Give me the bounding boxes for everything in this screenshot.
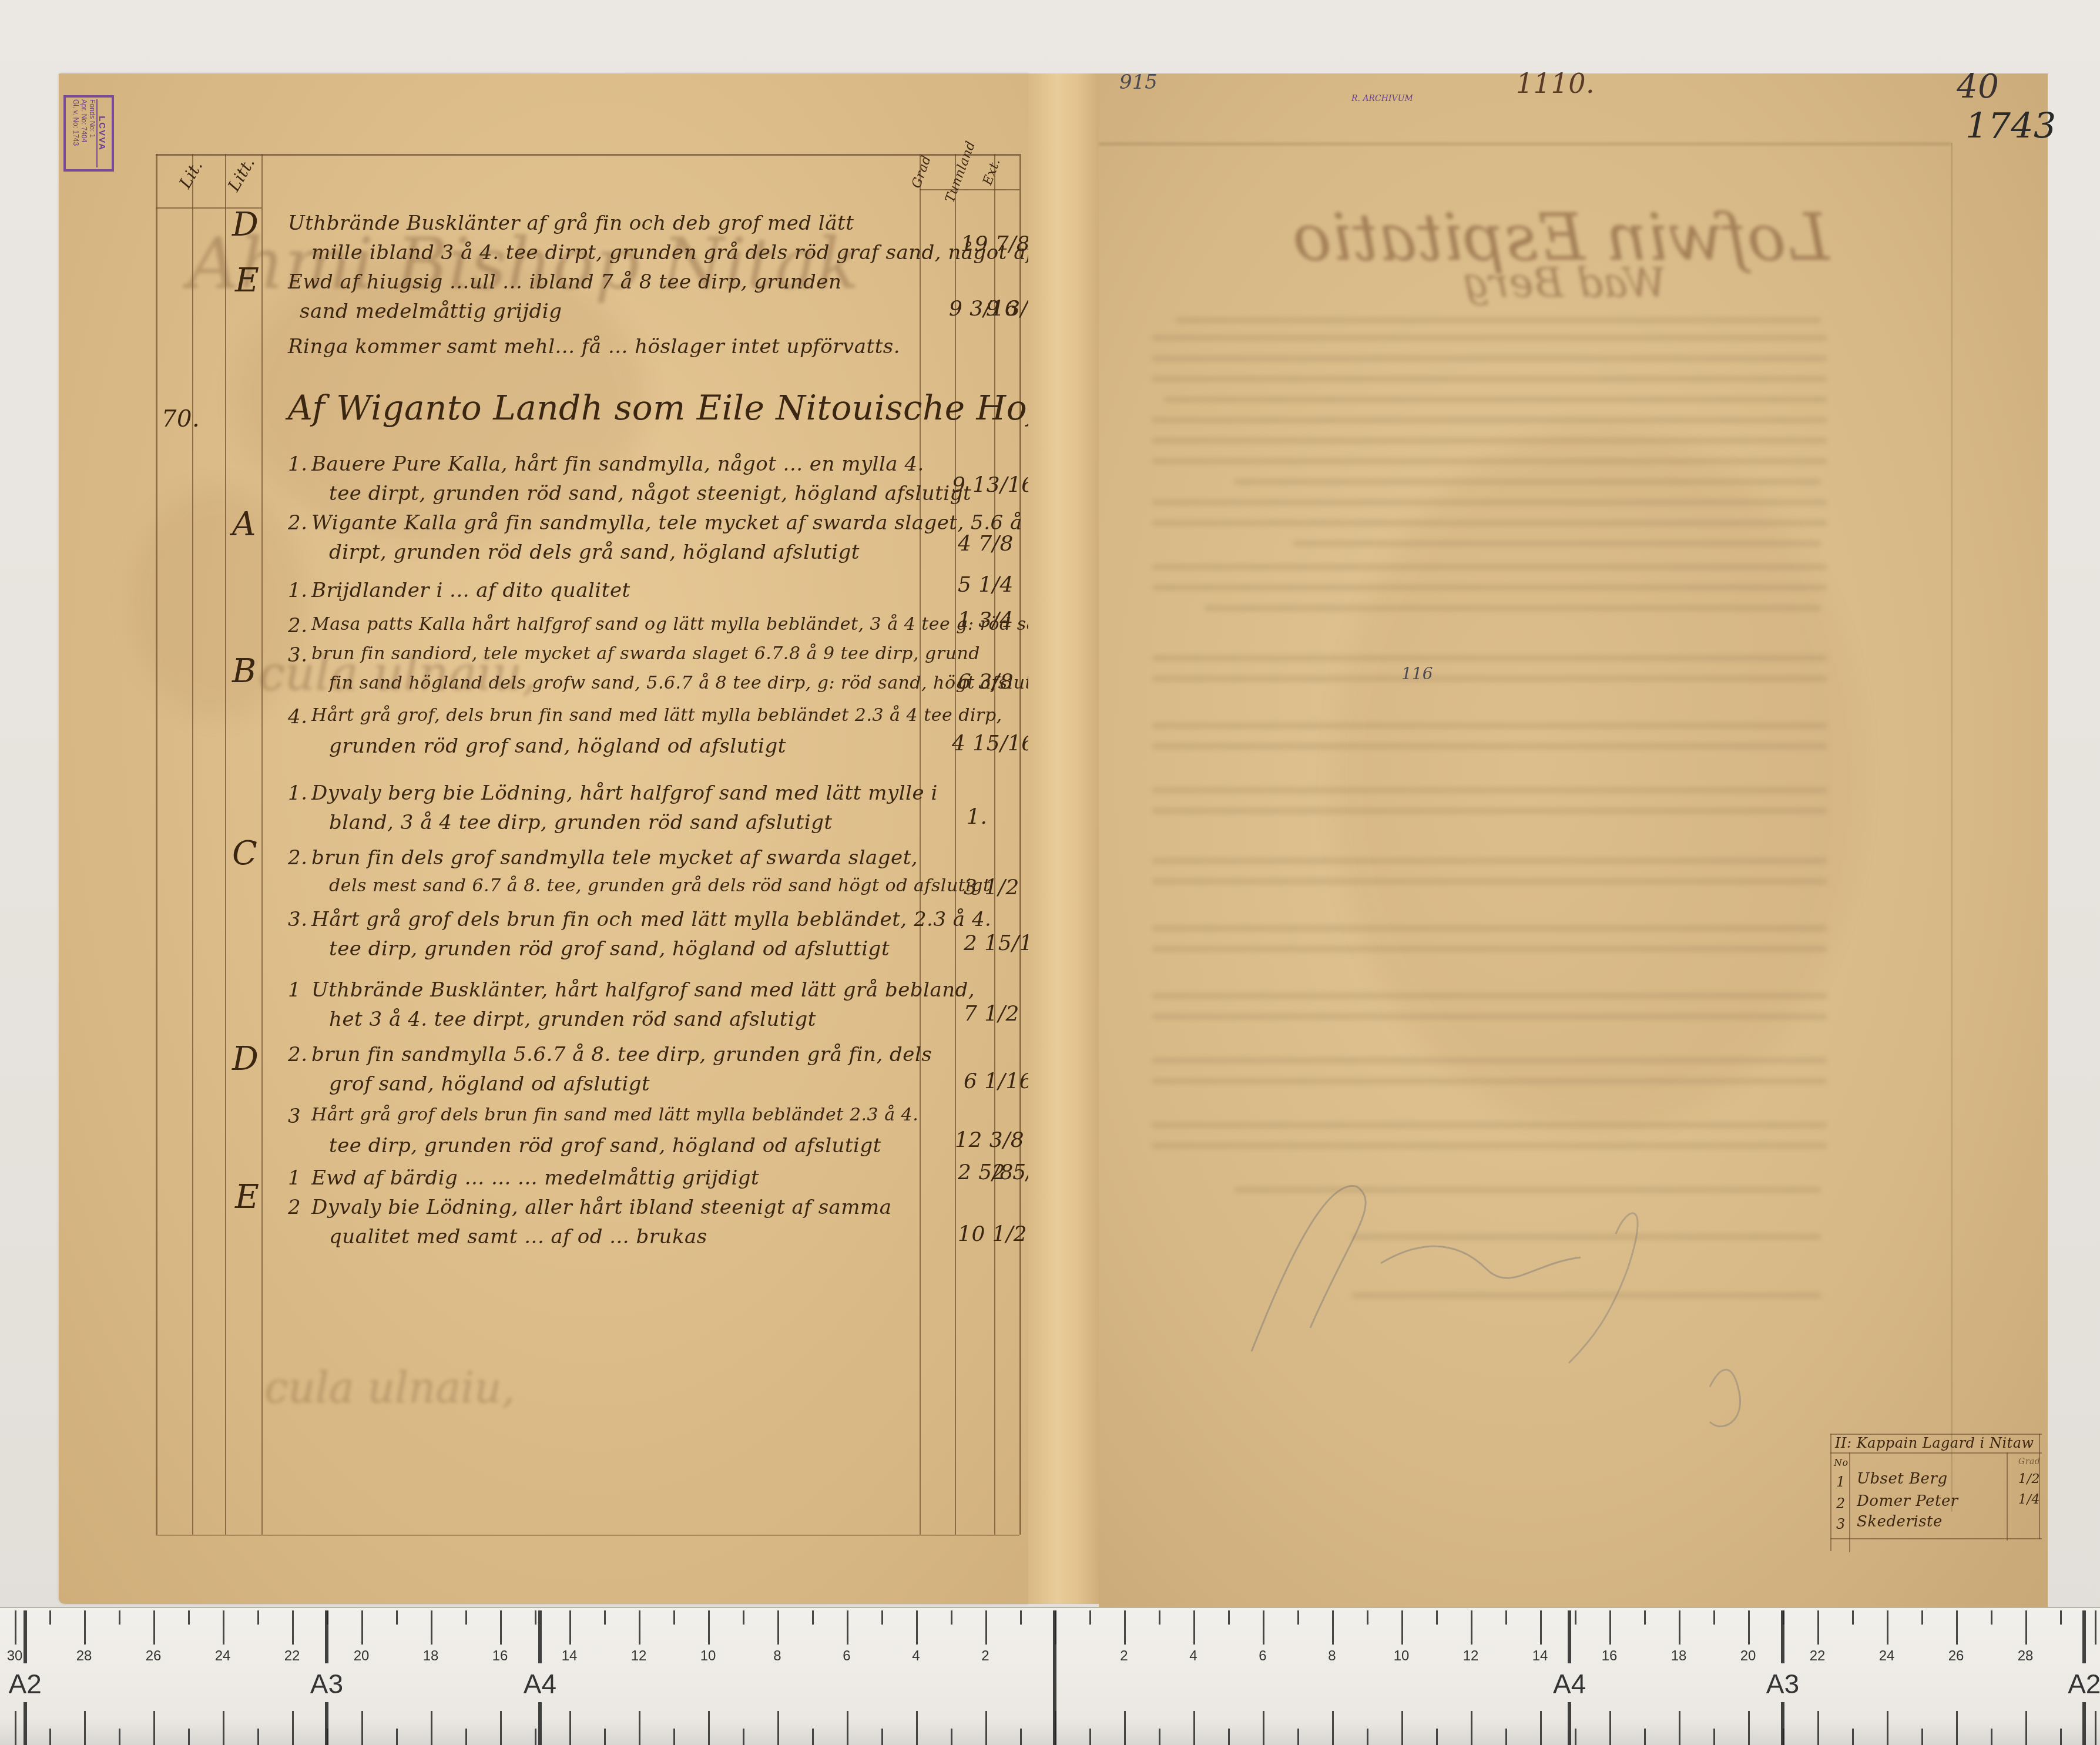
bleed-line <box>1152 1058 1827 1063</box>
row-number: 1. <box>288 452 307 476</box>
ruler-size-label: A3 <box>310 1668 343 1700</box>
entry-line: Uthbrände Busklänter af grå fin och deb … <box>288 212 854 235</box>
column-divider-tunnland <box>955 154 956 1535</box>
pencil-signature <box>1205 1116 1910 1469</box>
tunnland-value: 7 1/2 <box>964 1002 1019 1026</box>
mini-table-title: II: Kappain Lagard i Nitaw <box>1835 1435 2034 1451</box>
row-line: Uthbrände Busklänter, hårt halfgrof sand… <box>311 978 975 1002</box>
ruler-label: 6 <box>843 1648 850 1665</box>
bleed-line <box>1152 585 1827 590</box>
ruler-tick <box>1575 1610 1576 1625</box>
ruler-tick <box>569 1610 571 1645</box>
ruler-tick <box>119 1729 120 1745</box>
ruler-label: 16 <box>492 1648 508 1665</box>
ruler-label: 4 <box>1189 1648 1197 1665</box>
bleed-line <box>1152 787 1827 793</box>
bleed-line <box>1152 564 1827 570</box>
ruler-tick <box>1817 1711 1819 1745</box>
ruler-tick <box>916 1711 918 1745</box>
row-line: fin sand högland dels grofw sand, 5.6.7 … <box>329 673 1065 693</box>
mini-table-bottom <box>1830 1538 2042 1539</box>
bleed-line <box>1175 317 1821 323</box>
ruler-tick <box>2060 1610 2062 1625</box>
ruler-tick <box>1713 1729 1715 1745</box>
ruler-tick <box>881 1610 883 1625</box>
table-left-border <box>156 154 157 1535</box>
ruler-tick <box>153 1711 155 1745</box>
ruler-tick <box>985 1610 987 1645</box>
ruler-size-line <box>24 1702 27 1745</box>
ruler-tick <box>604 1610 606 1625</box>
tunnland-value: 1. <box>967 805 987 829</box>
ruler-tick <box>1228 1729 1230 1745</box>
ruler-tick <box>1644 1729 1646 1745</box>
mini-row-name: Skederiste <box>1857 1513 1943 1531</box>
ruler-tick <box>2060 1729 2062 1745</box>
bleed-line <box>1152 458 1827 464</box>
ruler-tick <box>1471 1711 1472 1745</box>
row-number: 2. <box>288 614 307 637</box>
row-line: tee dirpt, grunden röd sand, något steen… <box>329 482 971 505</box>
ruler-tick <box>1956 1711 1958 1745</box>
bleed-line <box>1152 676 1827 682</box>
stamp-apr-label: Apr. No: <box>80 99 88 125</box>
ruler-tick <box>1332 1711 1334 1745</box>
ruler-size-line <box>1781 1610 1784 1663</box>
ruler-tick <box>1887 1711 1888 1745</box>
ruler-label: 8 <box>1328 1648 1336 1665</box>
bleed-line <box>1152 376 1827 382</box>
row-line: Ewd af bärdig ... ... ... medelmåttig gr… <box>311 1166 759 1190</box>
group-letter-d: D <box>232 1040 259 1078</box>
ruler-tick <box>1471 1610 1472 1645</box>
ruler-tick <box>396 1729 398 1745</box>
ruler-label: 28 <box>2018 1648 2034 1665</box>
stamp-fonds-value: 1 <box>88 134 96 138</box>
paper-stain <box>1334 426 1863 1131</box>
column-divider-text <box>261 154 263 1535</box>
mini-table-divider-right <box>2007 1452 2008 1541</box>
bleed-line <box>1152 520 1827 526</box>
ruler-tick <box>1263 1711 1264 1745</box>
row-number: 1. <box>288 579 307 602</box>
ruler-tick <box>1297 1729 1299 1745</box>
ruler-tick <box>223 1610 224 1645</box>
bleed-line <box>1152 878 1827 884</box>
bleed-footer: cula ulnaiu, <box>264 1363 515 1412</box>
mini-table-header-line <box>1830 1452 2042 1454</box>
ruler-tick <box>49 1729 51 1745</box>
mini-table: II: Kappain Lagard i Nitaw No Grad 1 Ubs… <box>1830 1434 2042 1551</box>
ruler-tick <box>15 1610 16 1645</box>
ruler-label: 28 <box>76 1648 92 1665</box>
ruler-label: 30 <box>7 1648 23 1665</box>
row-line: brun fin dels grof sandmylla tele mycket… <box>311 846 918 870</box>
ruler-label: 22 <box>284 1648 300 1665</box>
ruler-label: 20 <box>1740 1648 1756 1665</box>
group-letter-a: A <box>232 505 256 543</box>
row-number: 2. <box>288 846 307 870</box>
header-row-border-right <box>920 189 1019 190</box>
ruler-size-line <box>538 1702 542 1745</box>
ruler-label: 6 <box>1259 1648 1266 1665</box>
row-line: Hårt grå grof, dels brun fin sand med lä… <box>311 705 1002 726</box>
stamp-fonds-label: Fonds No: <box>88 99 96 132</box>
ruler-tick <box>535 1729 536 1745</box>
ruler-label: 2 <box>1120 1648 1128 1665</box>
margin-note-116: 116 <box>1401 664 1433 683</box>
ruler-tick <box>431 1610 432 1645</box>
ruler-tick <box>1124 1610 1126 1645</box>
row-number: 2 <box>288 1196 301 1219</box>
ruler-tick <box>1956 1610 1958 1645</box>
ruler-tick <box>1193 1610 1195 1645</box>
tunnland-value: 19 7/8 <box>961 232 1030 256</box>
ruler-label: 14 <box>562 1648 578 1665</box>
column-divider-lit <box>192 154 193 1535</box>
page-number-40: 40 <box>1957 68 1999 106</box>
bleed-line <box>1152 925 1827 931</box>
column-divider-litt <box>225 154 226 1535</box>
ruler-label: 12 <box>631 1648 647 1665</box>
ruler-tick <box>708 1610 710 1645</box>
ruler-tick <box>1228 1610 1230 1625</box>
row-line: dels mest sand 6.7 å 8. tee, grunden grå… <box>329 875 991 896</box>
ruler-size-line <box>325 1702 328 1745</box>
ruler-tick <box>743 1610 744 1625</box>
ruler-tick <box>500 1610 502 1645</box>
ruler-label: 10 <box>700 1648 716 1665</box>
ruler-tick <box>2095 1711 2096 1745</box>
ruler-tick <box>1921 1610 1923 1625</box>
ruler-tick <box>292 1610 294 1645</box>
ruler-label: 24 <box>1879 1648 1895 1665</box>
table-right-border <box>1019 154 1021 1535</box>
ruler-tick <box>188 1729 190 1745</box>
binding-strip <box>1028 73 1099 1604</box>
stamp-fonds: Fonds No: 1 <box>88 99 96 167</box>
ruler-tick <box>1679 1711 1680 1745</box>
ruler-label: 18 <box>1671 1648 1687 1665</box>
table-bottom-border <box>156 1535 1019 1536</box>
bleed-line <box>1152 499 1827 505</box>
ruler-tick <box>569 1711 571 1745</box>
stamp-gl-label: Gl. v. No: <box>72 99 80 128</box>
mini-table-divider <box>1849 1452 1850 1552</box>
ruler-tick <box>1089 1610 1091 1625</box>
bleed-line <box>1293 541 1821 546</box>
ruler-tick <box>431 1711 432 1745</box>
row-line: grof sand, högland od afslutigt <box>329 1072 650 1096</box>
ruler-center-line <box>1053 1610 1056 1745</box>
ruler-tick <box>1540 1610 1542 1645</box>
ruler-size-label: A3 <box>1766 1668 1799 1700</box>
right-page-right-rule <box>1951 143 1953 1512</box>
ruler-tick <box>639 1610 640 1645</box>
ruler-tick <box>1332 1610 1334 1645</box>
ruler-tick <box>153 1610 155 1645</box>
group-letter-b: B <box>232 652 257 690</box>
ruler-label: 16 <box>1602 1648 1618 1665</box>
ruler-tick <box>361 1610 363 1645</box>
ruler-size-line <box>24 1610 27 1663</box>
bleed-line <box>1152 946 1827 952</box>
ruler-tick <box>1297 1610 1299 1625</box>
bleed-line <box>1152 438 1827 444</box>
row-line: tee dirp, grunden röd grof sand, högland… <box>329 937 890 961</box>
ruler-tick <box>188 1610 190 1625</box>
ruler-tick <box>847 1711 848 1745</box>
bleed-line <box>1152 417 1827 423</box>
bleed-line <box>1152 335 1827 341</box>
mini-row-name: Ubset Berg <box>1857 1470 1948 1488</box>
row-line: brun fin sandmylla 5.6.7 å 8. tee dirp, … <box>311 1043 932 1066</box>
ruler-label: 20 <box>354 1648 370 1665</box>
ruler-label: 26 <box>1948 1648 1964 1665</box>
ruler-tick <box>673 1729 675 1745</box>
ruler-tick <box>812 1729 814 1745</box>
entry-line: sand medelmåttig grijdig <box>300 300 562 323</box>
ruler-tick <box>777 1610 779 1645</box>
ruler-tick <box>1679 1610 1680 1645</box>
row-number: 2. <box>288 1043 307 1066</box>
ruler-tick <box>1921 1729 1923 1745</box>
ruler-tick <box>1991 1729 1992 1745</box>
ruler-size-label: A4 <box>1553 1668 1586 1700</box>
ruler-tick <box>1401 1711 1403 1745</box>
bleed-subtitle: Wad Berg <box>1463 259 1666 307</box>
year-1743: 1743 <box>1965 106 2057 147</box>
tunnland-value: 9 13/16 <box>952 473 1035 497</box>
tunnland-value: 1 3/4 <box>958 608 1014 632</box>
tunnland-value: 6 1/16 <box>964 1069 1033 1093</box>
ruler-tick <box>257 1729 259 1745</box>
ruler-tick <box>1020 1729 1022 1745</box>
bleed-line <box>1152 743 1827 749</box>
row-line: dirpt, grunden röd dels grå sand, höglan… <box>329 541 860 564</box>
ruler-tick <box>1609 1711 1611 1745</box>
ruler-tick <box>465 1610 467 1625</box>
ruler-tick <box>1436 1610 1438 1625</box>
ruler-tick <box>1817 1610 1819 1645</box>
tunnland-value: 10 1/2 <box>958 1222 1027 1246</box>
ruler-label: 8 <box>773 1648 781 1665</box>
bleed-line <box>1152 1014 1827 1019</box>
column-divider-grad <box>920 154 921 1535</box>
row-line: brun fin sandiord, tele mycket af swarda… <box>311 643 980 664</box>
ruler-tick <box>257 1610 259 1625</box>
ruler-tick <box>49 1610 51 1625</box>
ruler-tick <box>1367 1729 1368 1745</box>
entry-letter: E <box>235 261 259 300</box>
row-line: bland, 3 å 4 tee dirp, grunden röd sand … <box>329 811 833 834</box>
bleed-line <box>1152 655 1827 661</box>
column-divider-ext <box>994 154 995 1535</box>
archive-small-stamp: R. ARCHIVUM <box>1351 94 1413 103</box>
ruler-tick <box>2095 1610 2096 1645</box>
row-number: 4. <box>288 705 307 729</box>
table-top-border <box>156 154 1019 156</box>
bleed-line <box>1205 605 1821 611</box>
group-letter-c: C <box>232 834 257 873</box>
measurement-ruler: 3028262422201816141210864224681012141618… <box>0 1607 2100 1745</box>
ruler-tick <box>1367 1610 1368 1625</box>
ruler-size-line <box>538 1610 542 1663</box>
ruler-tick <box>1609 1610 1611 1645</box>
ruler-tick <box>1852 1610 1854 1625</box>
tunnland-value: 12 3/8 <box>955 1128 1024 1152</box>
bleed-line <box>1163 397 1827 402</box>
mini-row-value: 1/4 <box>2018 1492 2040 1507</box>
bleed-line <box>1152 993 1827 999</box>
ruler-size-line <box>1781 1702 1784 1745</box>
mini-row-value: 1/2 <box>2018 1472 2040 1486</box>
ruler-tick <box>1436 1729 1438 1745</box>
row-number: 1. <box>288 781 307 805</box>
ruler-tick <box>1159 1729 1160 1745</box>
ruler-tick <box>15 1711 16 1745</box>
row-line: Bauere Pure Kalla, hårt fin sandmylla, n… <box>311 452 924 476</box>
ruler-tick <box>465 1729 467 1745</box>
ruler-tick <box>1644 1610 1646 1625</box>
ruler-tick <box>1020 1610 1022 1625</box>
ruler-size-line <box>2082 1702 2086 1745</box>
ruler-label: 18 <box>423 1648 439 1665</box>
ruler-tick <box>1193 1711 1195 1745</box>
ruler-tick <box>84 1610 86 1645</box>
row-line: tee dirp, grunden röd grof sand, högland… <box>329 1134 881 1157</box>
ruler-tick <box>777 1711 779 1745</box>
mini-table-col-no: No <box>1834 1457 1849 1468</box>
ruler-tick <box>292 1711 294 1745</box>
ruler-tick <box>1505 1610 1507 1625</box>
entry-letter: D <box>232 206 259 244</box>
ruler-label: 24 <box>215 1648 231 1665</box>
ruler-tick <box>223 1711 224 1745</box>
ruler-tick <box>812 1610 814 1625</box>
ruler-tick <box>639 1711 640 1745</box>
tunnland-value: 6 3/8 <box>958 670 1014 694</box>
stamp-apr: Apr. No: 7404 <box>80 99 88 167</box>
archive-stamp: LCVVA Fonds No: 1 Apr. No: 7404 Gl. v. N… <box>63 95 114 172</box>
row-line: Brijdlander i ... af dito qualitet <box>311 579 630 602</box>
row-line: Dyvaly berg bie Lödning, hårt halfgrof s… <box>311 781 938 805</box>
ruler-tick <box>396 1610 398 1625</box>
row-line: het 3 å 4. tee dirpt, grunden röd sand a… <box>329 1008 816 1031</box>
ruler-tick <box>673 1610 675 1625</box>
tunnland-value: 3 1/2 <box>964 875 1019 900</box>
row-line: Dyvaly bie Lödning, aller hårt ibland st… <box>311 1196 892 1219</box>
section-number: 70. <box>162 405 200 432</box>
row-number: 1 <box>288 978 301 1002</box>
row-line: Wigante Kalla grå fin sandmylla, tele my… <box>311 511 1081 535</box>
mini-row-name: Domer Peter <box>1857 1492 1958 1510</box>
ruler-tick <box>1991 1610 1992 1625</box>
mini-row-no: 1 <box>1836 1474 1846 1490</box>
folio-number-center: 1110. <box>1516 68 1595 99</box>
ruler-tick <box>1263 1610 1264 1645</box>
ruler-tick <box>1748 1610 1750 1645</box>
ruler-tick <box>1852 1729 1854 1745</box>
ruler-size-label: A2 <box>9 1668 42 1700</box>
ruler-tick <box>84 1711 86 1745</box>
ruler-tick <box>951 1729 952 1745</box>
entry-line: Ringa kommer samt mehl... få ... höslage… <box>288 335 900 358</box>
entry-line: Ewd af hiugsig ...ull ... ibland 7 å 8 t… <box>288 270 841 294</box>
ruler-size-line <box>2082 1610 2086 1663</box>
stamp-apr-value: 7404 <box>80 127 88 143</box>
ruler-tick <box>119 1610 120 1625</box>
ruler-tick <box>985 1711 987 1745</box>
mini-table-right <box>2039 1434 2040 1539</box>
ruler-size-line <box>1568 1702 1571 1745</box>
ruler-tick <box>951 1610 952 1625</box>
ruler-label: 14 <box>1532 1648 1548 1665</box>
ruler-tick <box>2025 1711 2027 1745</box>
ruler-tick <box>1159 1610 1160 1625</box>
ruler-tick <box>500 1711 502 1745</box>
row-number: 1 <box>288 1166 301 1190</box>
ruler-tick <box>916 1610 918 1645</box>
ruler-label: 4 <box>912 1648 920 1665</box>
row-line: Hårt grå grof dels brun fin och med lätt… <box>311 908 991 931</box>
ruler-tick <box>1505 1729 1507 1745</box>
mini-table-col-value: Grad <box>2018 1457 2040 1467</box>
ruler-label: 12 <box>1463 1648 1479 1665</box>
tunnland-value: 4 15/16 <box>952 731 1035 756</box>
stamp-gl-value: 1743 <box>72 130 80 146</box>
ruler-size-label: A2 <box>2068 1668 2100 1700</box>
ruler-tick <box>1124 1711 1126 1745</box>
bleed-line <box>1152 858 1827 864</box>
stamp-gl: Gl. v. No: 1743 <box>72 99 80 167</box>
ruler-tick <box>604 1729 606 1745</box>
row-number: 3. <box>288 908 307 931</box>
ruler-tick <box>361 1711 363 1745</box>
ruler-tick <box>1401 1610 1403 1645</box>
ruler-tick <box>881 1729 883 1745</box>
ruler-label: 10 <box>1394 1648 1410 1665</box>
ruler-label: 22 <box>1810 1648 1826 1665</box>
row-line: grunden röd grof sand, högland od afslut… <box>329 734 786 758</box>
row-number: 3. <box>288 643 307 667</box>
ruler-tick <box>1540 1711 1542 1745</box>
row-line: qualitet med samt ... af od ... brukas <box>329 1225 707 1249</box>
ruler-size-line <box>325 1610 328 1663</box>
tunnland-value: 4 7/8 <box>958 532 1014 556</box>
ruler-tick <box>847 1610 848 1645</box>
ruler-tick <box>535 1610 536 1625</box>
mini-table-left <box>1830 1434 1831 1551</box>
bleed-line <box>1152 355 1827 361</box>
ruler-size-line <box>1568 1610 1571 1663</box>
folio-number-left: 915 <box>1119 71 1158 94</box>
ruler-tick <box>1089 1729 1091 1745</box>
ruler-tick <box>1713 1610 1715 1625</box>
group-letter-e: E <box>235 1178 259 1216</box>
ruler-label: 2 <box>981 1648 989 1665</box>
ruler-tick <box>1887 1610 1888 1645</box>
mini-row-no: 2 <box>1836 1495 1846 1512</box>
ruler-tick <box>743 1729 744 1745</box>
ruler-size-label: A4 <box>524 1668 556 1700</box>
stamp-title: LCVVA <box>96 99 106 167</box>
entry-line: mille ibland 3 å 4. tee dirpt, grunden g… <box>311 241 1064 264</box>
row-line: Hårt grå grof dels brun fin sand med lät… <box>311 1105 918 1125</box>
bleed-line <box>1152 723 1827 729</box>
ruler-tick <box>1575 1729 1576 1745</box>
row-number: 3 <box>288 1105 301 1128</box>
